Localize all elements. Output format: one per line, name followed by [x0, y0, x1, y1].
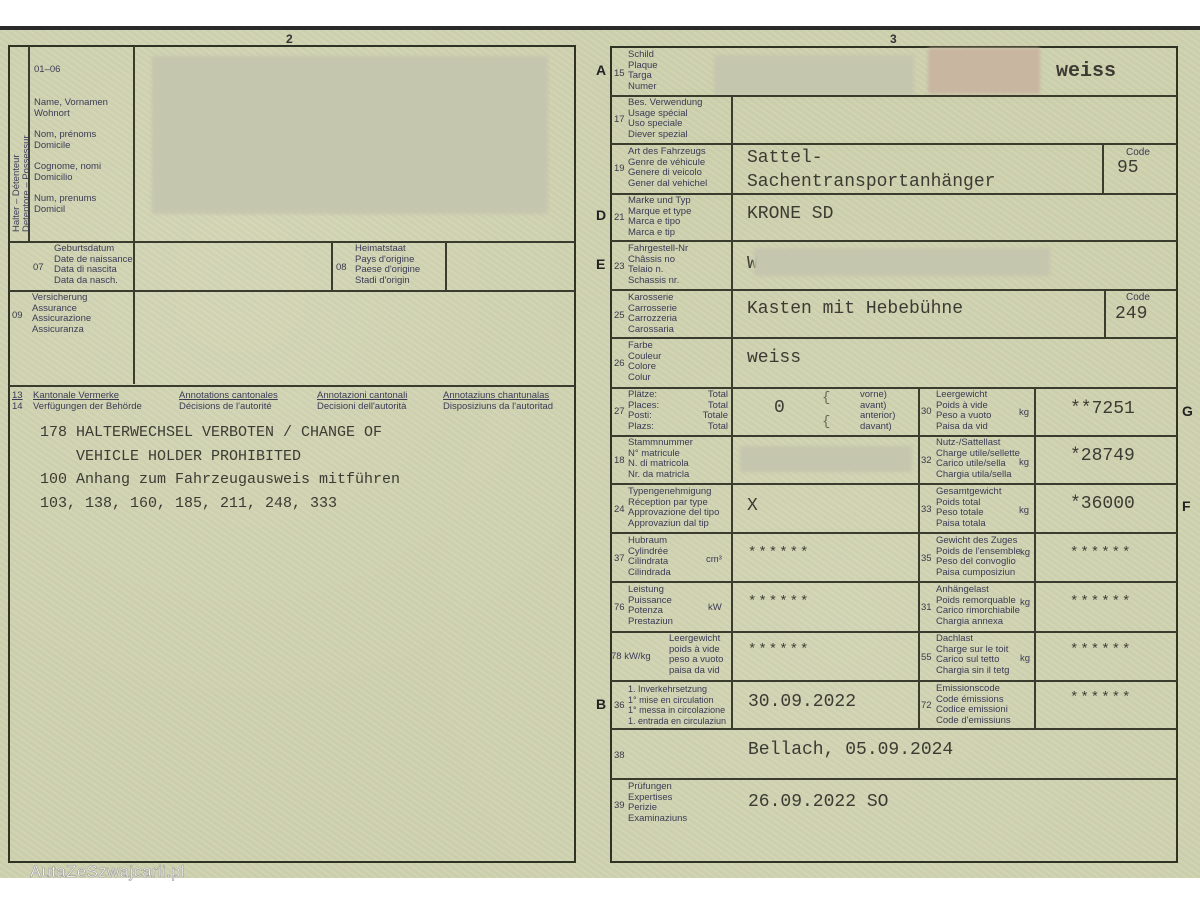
field-76-unit: kW — [708, 602, 722, 613]
power-value: ****** — [748, 594, 810, 610]
field-15-code: 15 — [614, 68, 625, 79]
field-26-code: 26 — [614, 358, 625, 369]
towing-load-value: ****** — [1070, 594, 1132, 610]
field-36-code: 36 — [614, 700, 625, 711]
field-19-labels: Art des Fahrzeugs Genre de véhicule Gene… — [628, 147, 707, 189]
vehicle-type-code: 95 — [1117, 158, 1139, 178]
first-registration-value: 30.09.2022 — [748, 692, 856, 712]
field-33-labels: Gesamtgewicht Poids total Peso totale Pa… — [936, 487, 1001, 529]
field-19-code: 19 — [614, 163, 625, 174]
type-approval-value: X — [747, 496, 758, 516]
field-78-code-unit: 78 kW/kg — [611, 652, 651, 663]
plate-number-redacted — [714, 55, 914, 95]
divider — [1034, 387, 1036, 728]
field-33-unit: kg — [1019, 505, 1029, 516]
field-32-labels: Nutz-/Sattellast Charge utile/sellette C… — [936, 438, 1020, 480]
divider — [731, 95, 733, 728]
field-78-labels: Leergewicht poids à vide peso a vuoto pa… — [669, 634, 723, 676]
divider — [611, 387, 1177, 389]
field-17-labels: Bes. Verwendung Usage spécial Uso specia… — [628, 98, 702, 140]
field-01-06-labels: Name, Vornamen Wohnort Nom, prénoms Domi… — [34, 98, 108, 215]
marker-e: E — [596, 256, 605, 272]
annotations-header-rm: Annotaziuns chantunalas Disposiziuns da … — [443, 391, 553, 412]
vehicle-type-value: Sattel- Sachentransportanhänger — [747, 146, 995, 194]
field-23-code: 23 — [614, 261, 625, 272]
field-21-code: 21 — [614, 212, 625, 223]
annotations-header-de: Kantonale Vermerke Verfügungen der Behör… — [33, 391, 142, 412]
field-24-code: 24 — [614, 504, 625, 515]
field-31-unit: kg — [1020, 597, 1030, 608]
field-35-code: 35 — [921, 553, 932, 564]
divider — [611, 337, 1177, 339]
field-31-code: 31 — [921, 602, 932, 613]
divider — [918, 387, 920, 728]
displacement-value: ****** — [748, 545, 810, 561]
field-08-code: 08 — [336, 262, 347, 273]
divider — [611, 728, 1177, 730]
divider — [611, 680, 1177, 682]
field-76-code: 76 — [614, 602, 625, 613]
field-30-unit: kg — [1019, 407, 1029, 418]
emission-code-value: ****** — [1070, 690, 1132, 706]
field-09-code: 09 — [12, 310, 23, 321]
field-31-labels: Anhängelast Poids remorquable Carico rim… — [936, 585, 1020, 627]
watermark: AutaZeSzwajcarii.pl — [30, 862, 185, 882]
field-27-code: 27 — [614, 406, 625, 417]
page-number-left: 2 — [286, 32, 293, 46]
divider — [331, 241, 333, 291]
divider — [611, 581, 1177, 583]
color-value: weiss — [747, 348, 801, 368]
chassis-number-redacted — [754, 248, 1050, 276]
divider — [133, 46, 135, 384]
field-30-code: 30 — [921, 406, 932, 417]
field-25-labels: Karosserie Carrosserie Carrozzeria Caros… — [628, 293, 677, 335]
marker-b: B — [596, 696, 606, 712]
brace-icon: { { — [822, 392, 830, 428]
field-33-code: 33 — [921, 504, 932, 515]
divider — [611, 193, 1177, 195]
divider — [1104, 289, 1106, 337]
divider — [611, 778, 1177, 780]
field-35-unit: kg — [1020, 547, 1030, 558]
seats-total-value: 0 — [774, 398, 785, 418]
field-13-14-codes: 13 14 — [12, 391, 23, 412]
field-30-labels: Leergewicht Poids à vide Peso a vuoto Pa… — [936, 390, 991, 432]
field-39-labels: Prüfungen Expertises Perizie Examinaziun… — [628, 782, 687, 824]
field-24-labels: Typengenehmigung Réception par type Appr… — [628, 487, 719, 529]
field-25-code: 25 — [614, 310, 625, 321]
field-18-code: 18 — [614, 455, 625, 466]
field-36-labels: 1. Inverkehrsetzung 1° mise en circulati… — [628, 684, 726, 726]
holder-vertical-label: Halter – Détenteur Detentore – Possessur — [12, 135, 32, 232]
divider — [611, 435, 1177, 437]
total-weight-value: *36000 — [1070, 494, 1135, 514]
divider — [9, 385, 575, 387]
field-38-code: 38 — [614, 750, 625, 761]
field-55-code: 55 — [921, 652, 932, 663]
plate-color: weiss — [1056, 60, 1116, 83]
marker-d: D — [596, 207, 606, 223]
marker-a: A — [596, 62, 606, 78]
plate-canton-redacted — [928, 48, 1040, 94]
body-type-code-label: Code — [1126, 292, 1150, 303]
divider — [9, 290, 575, 292]
divider — [611, 532, 1177, 534]
field-32-code: 32 — [921, 455, 932, 466]
field-35-labels: Gewicht des Zuges Poids de l'ensemble Pe… — [936, 536, 1021, 578]
field-07-labels: Geburtsdatum Date de naissance Data di n… — [54, 244, 133, 286]
annotations-text: 178 HALTERWECHSEL VERBOTEN / CHANGE OF V… — [40, 421, 400, 515]
inspection-value: 26.09.2022 SO — [748, 792, 888, 812]
holder-name-redacted — [152, 56, 548, 214]
issue-place-date-value: Bellach, 05.09.2024 — [748, 740, 953, 760]
payload-value: *28749 — [1070, 446, 1135, 466]
body-type-value: Kasten mit Hebebühne — [747, 299, 963, 319]
make-model-value: KRONE SD — [747, 204, 833, 224]
field-23-labels: Fahrgestell-Nr Châssis no Telaio n. Scha… — [628, 244, 688, 286]
seats-front-labels: vorne) avant) anterior) davant) — [860, 390, 895, 432]
field-55-labels: Dachlast Charge sur le toit Carico sul t… — [936, 634, 1009, 676]
field-27-totals: Total Total Totale Total — [694, 390, 728, 432]
field-01-06-code: 01–06 — [34, 65, 60, 76]
empty-weight-value: **7251 — [1070, 399, 1135, 419]
divider — [611, 483, 1177, 485]
divider — [445, 241, 447, 291]
annotations-header-it: Annotazioni cantonali Decisioni dell'aut… — [317, 391, 407, 412]
marker-g: G — [1182, 403, 1193, 419]
vehicle-type-code-label: Code — [1126, 147, 1150, 158]
divider — [611, 240, 1177, 242]
field-37-unit: cm³ — [706, 554, 722, 565]
field-09-labels: Versicherung Assurance Assicurazione Ass… — [32, 293, 91, 335]
field-37-labels: Hubraum Cylindrée Cilindrata Cilindrada — [628, 536, 671, 578]
body-type-code: 249 — [1115, 304, 1147, 324]
roof-load-value: ****** — [1070, 642, 1132, 658]
field-15-labels: Schild Plaque Targa Numer — [628, 50, 658, 92]
power-weight-value: ****** — [748, 642, 810, 658]
field-72-code: 72 — [921, 700, 932, 711]
field-21-labels: Marke und Typ Marque et type Marca e tip… — [628, 196, 691, 238]
field-27-labels: Plätze: Places: Posti: Plazs: — [628, 390, 659, 432]
divider — [611, 143, 1177, 145]
field-72-labels: Emissionscode Code émissions Codice emis… — [936, 684, 1011, 726]
master-number-redacted — [740, 446, 912, 472]
field-26-labels: Farbe Couleur Colore Colur — [628, 341, 661, 383]
annotations-header-fr: Annotations cantonales Décisions de l'au… — [179, 391, 278, 412]
field-17-code: 17 — [614, 114, 625, 125]
field-39-code: 39 — [614, 800, 625, 811]
field-32-unit: kg — [1019, 457, 1029, 468]
field-07-code: 07 — [33, 262, 44, 273]
field-76-labels: Leistung Puissance Potenza Prestaziun — [628, 585, 673, 627]
page-number-right: 3 — [890, 32, 897, 46]
divider — [611, 289, 1177, 291]
train-weight-value: ****** — [1070, 545, 1132, 561]
field-55-unit: kg — [1020, 653, 1030, 664]
marker-f: F — [1182, 498, 1191, 514]
field-08-labels: Heimatstaat Pays d'origine Paese d'origi… — [355, 244, 420, 286]
field-37-code: 37 — [614, 553, 625, 564]
divider — [1102, 143, 1104, 193]
field-18-labels: Stammnummer N° matricule N. di matricola… — [628, 438, 693, 480]
